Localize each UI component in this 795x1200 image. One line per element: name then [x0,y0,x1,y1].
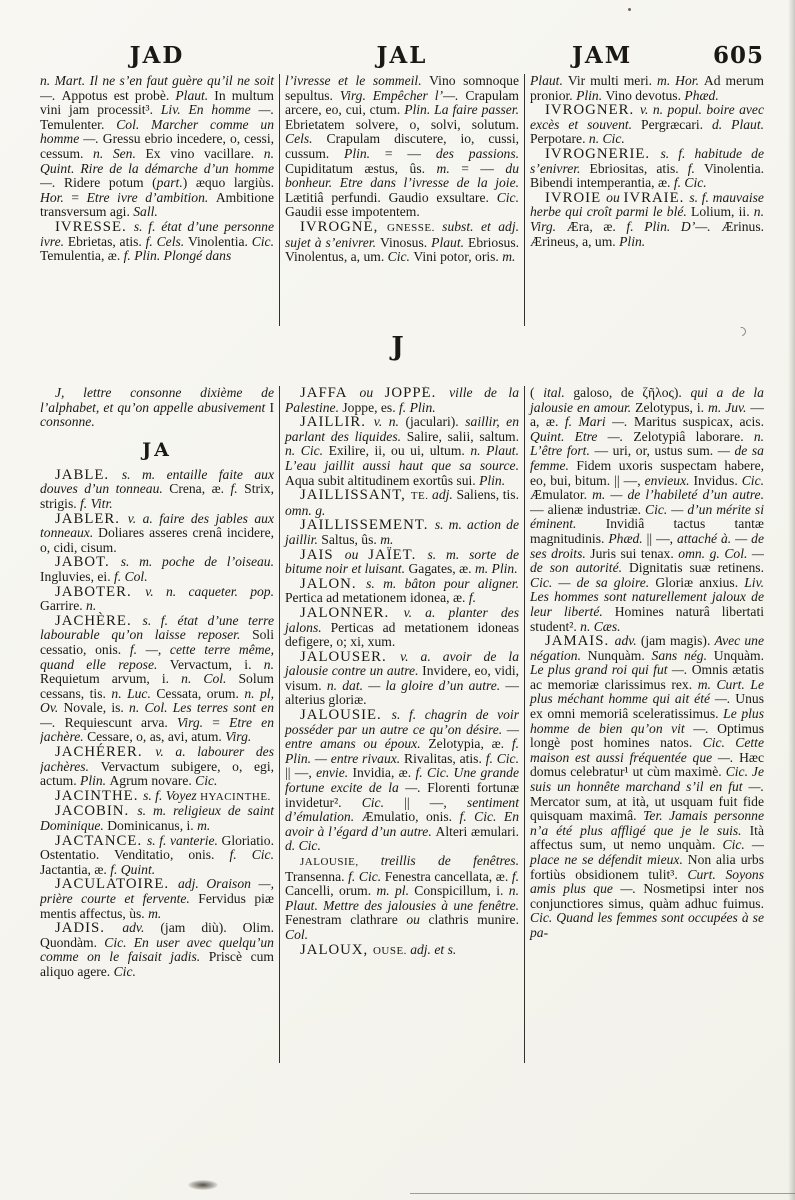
entry-jamais: JAMAIS. adv. (jam magis). Avec une négat… [530,634,764,940]
top-column-right: Plaut. Vir multi meri. m. Hor. Ad merum … [530,74,764,332]
continuation-paragraph: l’ivresse et le sommeil. Vino somnoque s… [285,74,519,220]
scan-bottom-edge-line [410,1193,795,1194]
entry-jacherer: JACHÉRER. v. a. labourer des jachères. V… [40,745,274,789]
entry-jalon: JALON. s. m. bâton pour aligner. Pertica… [285,577,519,606]
entry-jaboter: JABOTER. v. n. caqueter. pop. Garrire. n… [40,585,274,614]
running-head-jad: JAD [130,42,185,69]
running-heads: JAD JAL JAM 605 [40,42,764,69]
page-number: 605 [713,42,764,69]
running-head-cell-center: JAL [285,42,519,69]
entry-jacinthe: JACINTHE. s. f. Voyez HYACINTHE. [40,789,274,805]
column-divider-rule [524,386,525,1063]
entry-jalousie: JALOUSIE. s. f. chagrin de voir posséder… [285,708,519,854]
j-column-right: ( ital. galoso, de ζῆλος). qui a de la j… [530,386,764,1078]
j-column-middle: JAFFA ou JOPPÉ. ville de la Palestine. J… [285,386,519,1078]
entry-ivrognerie: IVROGNERIE. s. f. habitude de s’enivrer.… [530,147,764,191]
paragraph: J, lettre consonne dixième de l’alphabet… [40,386,274,430]
continuation-paragraph: n. Mart. Il ne s’en faut guère qu’il ne … [40,74,274,220]
entry-jaillissement: JAILLISSEMENT. s. m. action de jaillir. … [285,518,519,547]
continuation-paragraph: ( ital. galoso, de ζῆλος). qui a de la j… [530,386,764,634]
entry-jabot: JABOT. s. m. poche de l’oiseau. Ingluvie… [40,555,274,584]
letter-section-divider: J [0,332,795,362]
running-head-cell-left: JAD [40,42,274,69]
entry-jais: JAIS ou JAÏET. s. m. sorte de bitume noi… [285,548,519,577]
entry-jalouser: JALOUSER. v. a. avoir de la jalousie con… [285,650,519,708]
running-head-jam: JAM [572,42,632,69]
entry-jachere: JACHÈRE. s. f. état d’une terre labourab… [40,614,274,745]
dictionary-page: JAD JAL JAM 605 n. Mart. Il ne s’en faut… [0,0,795,1200]
entry-jaloux: JALOUX, OUSE. adj. et s. [285,943,519,959]
entry-ivrogner: IVROGNER. v. n. popul. boire avec excès … [530,103,764,147]
column-divider-rule [524,74,525,326]
top-column-middle: l’ivresse et le sommeil. Vino somnoque s… [285,74,519,332]
entry-jabler: JABLER. v. a. faire des jables aux tonne… [40,512,274,556]
entry-jactance: JACTANCE. s. f. vanterie. Gloriatio. Ost… [40,834,274,878]
top-section: n. Mart. Il ne s’en faut guère qu’il ne … [40,74,764,332]
j-column-left: J, lettre consonne dixième de l’alphabet… [40,386,274,1078]
entry-jable: JABLE. s. m. entaille faite aux douves d… [40,468,274,512]
entry-jadis: JADIS. adv. (jam diù). Olim. Quondàm. Ci… [40,921,274,979]
entry-ivrogne: IVROGNE, GNESSE. subst. et adj. sujet à … [285,220,519,265]
column-divider-rule [279,74,280,326]
column-divider-rule [279,386,280,1063]
entry-jalousie: JALOUSIE, treillis de fenêtres. Transenn… [285,854,519,943]
running-head-jal: JAL [377,42,428,69]
top-column-left: n. Mart. Il ne s’en faut guère qu’il ne … [40,74,274,332]
running-head-cell-right: JAM 605 [530,42,764,69]
j-section: J, lettre consonne dixième de l’alphabet… [40,386,764,1078]
ink-smudge-artifact [188,1180,218,1190]
entry-jaffa: JAFFA ou JOPPÉ. ville de la Palestine. J… [285,386,519,415]
entry-jacobin: JACOBIN. s. m. religieux de saint Domini… [40,804,274,833]
scan-right-edge-shadow [788,0,795,1200]
section-heading-ja: JA [40,439,274,461]
entry-jaillir: JAILLIR. v. n. (jaculari). saillir, en p… [285,415,519,488]
scan-speck-artifact [628,8,631,11]
entry-ivroie: IVROIE ou IVRAIE. s. f. mauvaise herbe q… [530,191,764,249]
entry-jaculatoire: JACULATOIRE. adj. Oraison —, prière cour… [40,877,274,921]
entry-jalonner: JALONNER. v. a. planter des jalons. Pert… [285,606,519,650]
entry-ivresse: IVRESSE. s. f. état d’une personne ivre.… [40,220,274,264]
continuation-paragraph: Plaut. Vir multi meri. m. Hor. Ad merum … [530,74,764,103]
entry-jaillissant: JAILLISSANT, TE. adj. Saliens, tis. omn.… [285,488,519,518]
